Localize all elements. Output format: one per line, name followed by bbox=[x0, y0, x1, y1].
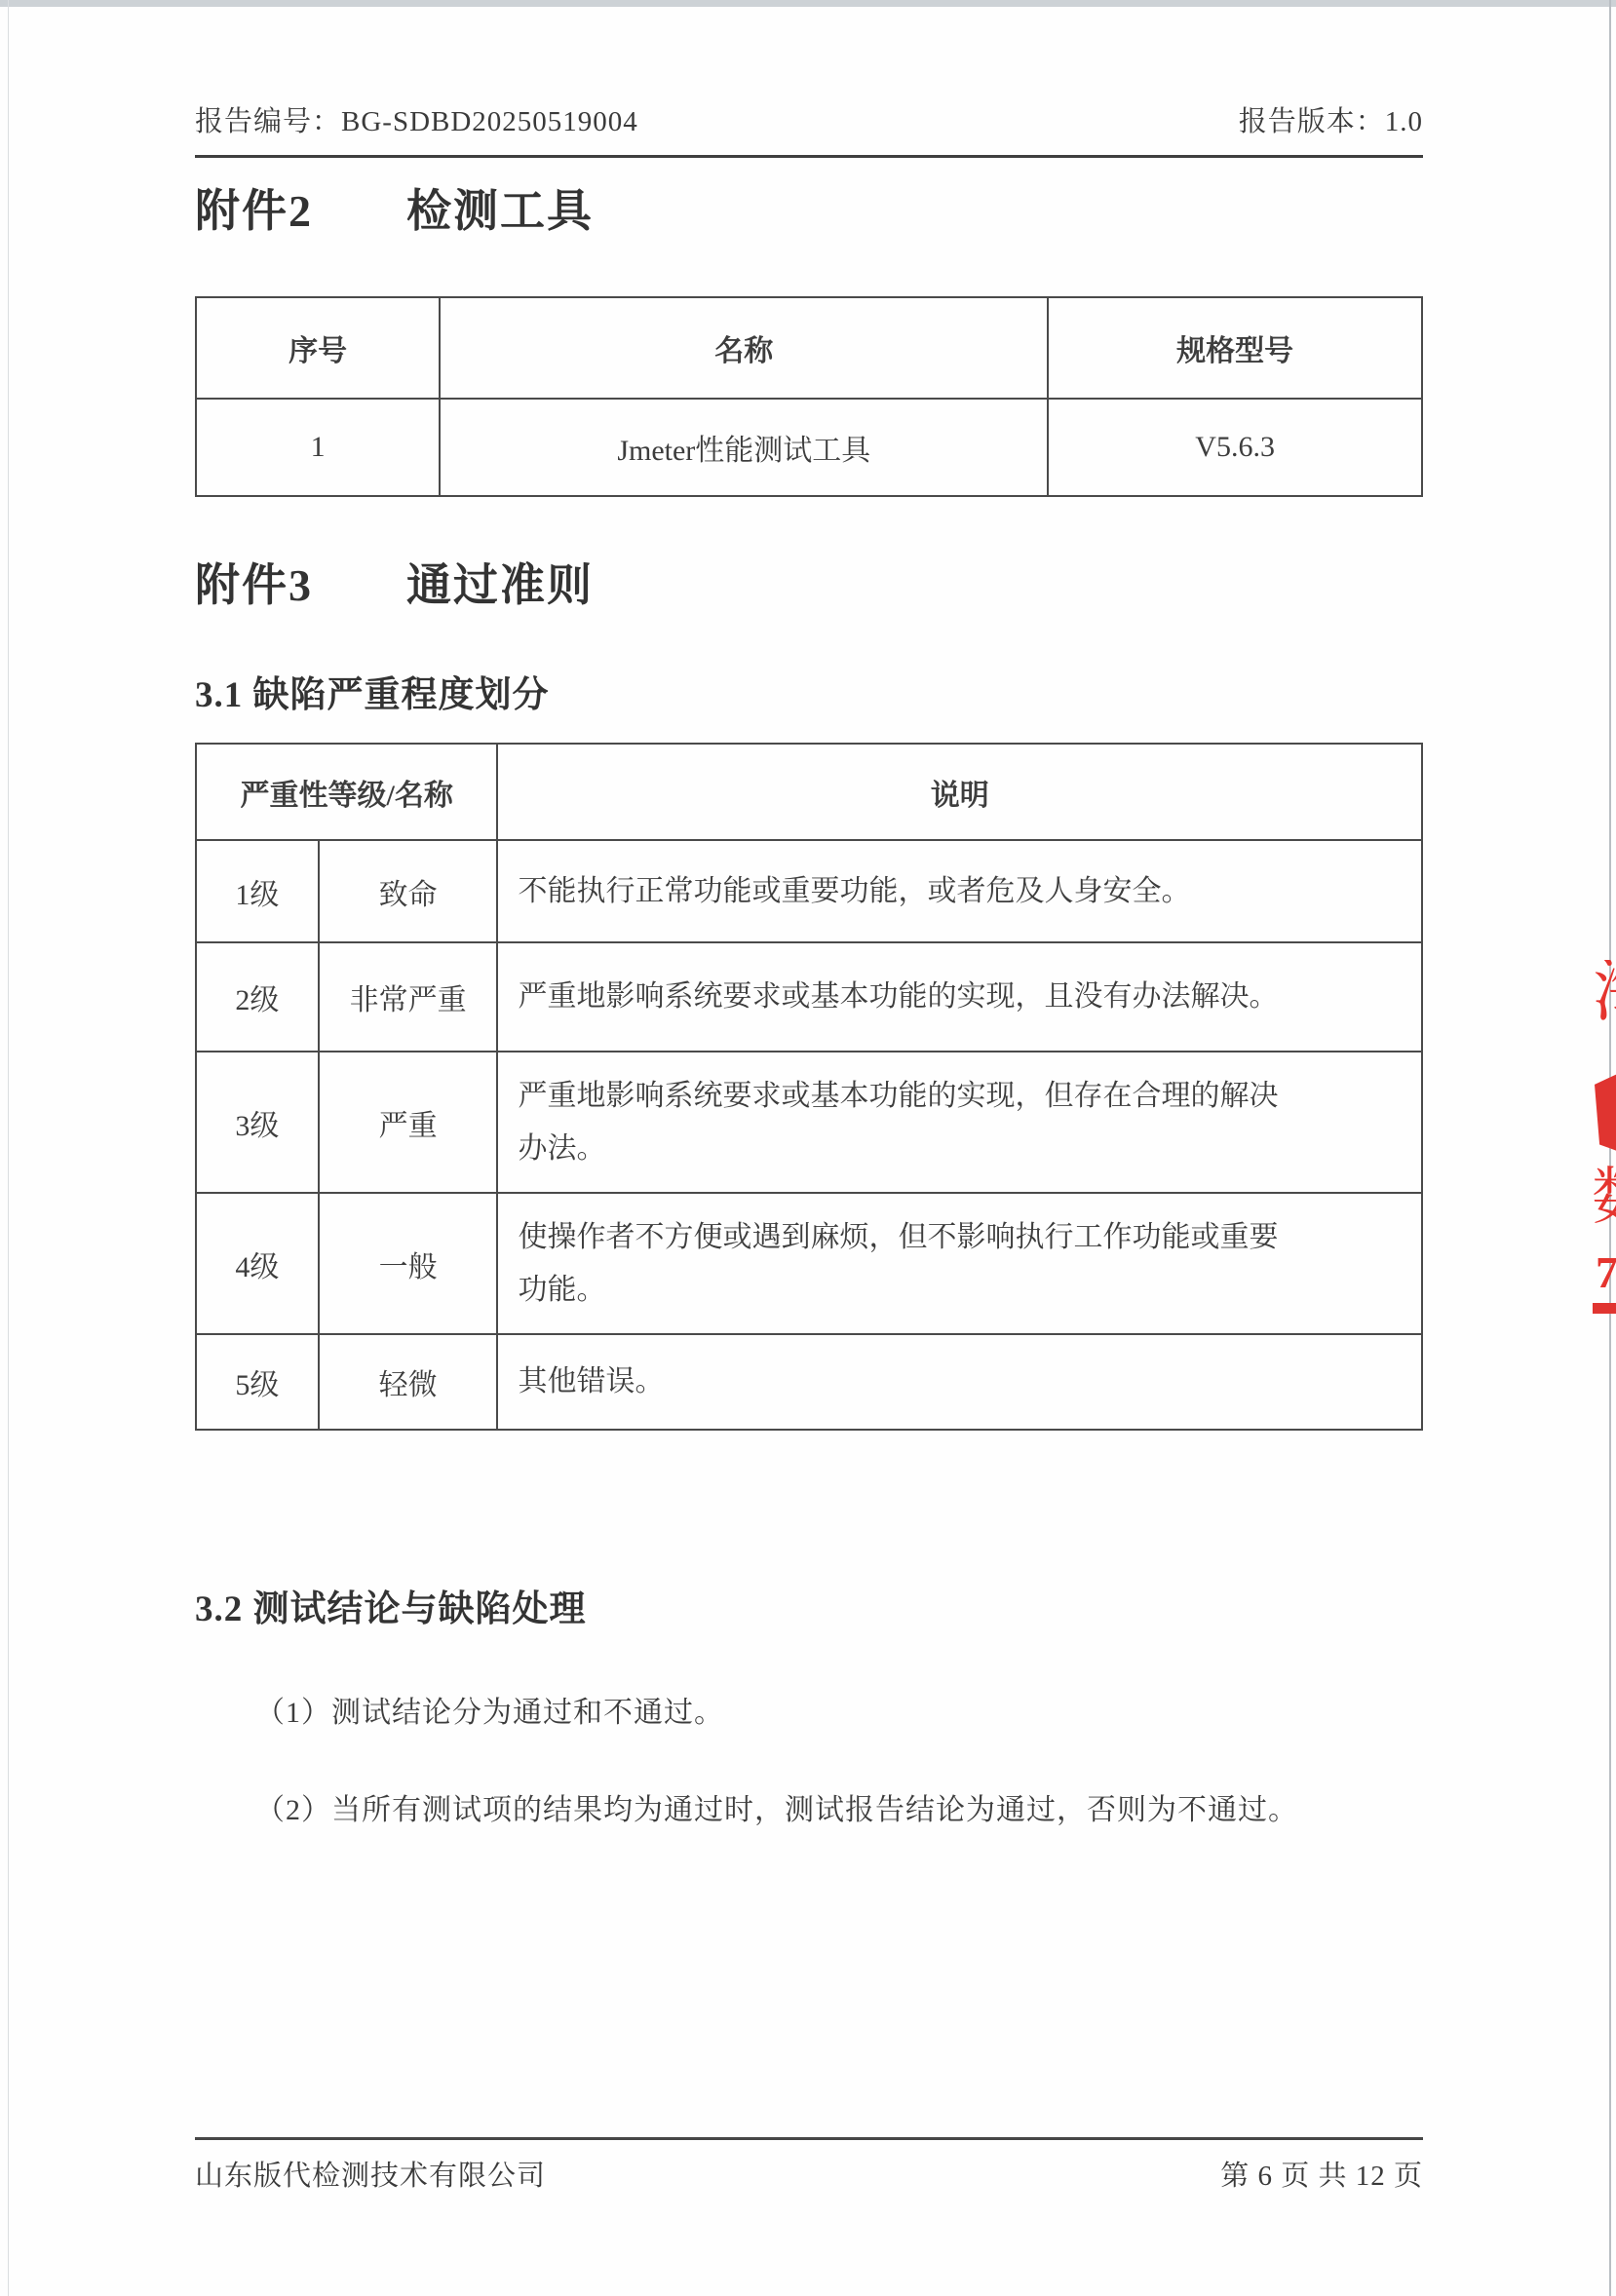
severity-desc: 其他错误。 bbox=[497, 1334, 1422, 1430]
document-header: 报告编号：BG-SDBD20250519004 报告版本：1.0 bbox=[195, 0, 1423, 158]
attachment3-title: 附件3 通过准则 bbox=[195, 550, 1423, 614]
document-footer: 山东版代检测技术有限公司 第 6 页 共 12 页 bbox=[195, 2137, 1423, 2194]
page-content: 报告编号：BG-SDBD20250519004 报告版本：1.0 附件2 检测工… bbox=[195, 0, 1423, 1828]
footer-company: 山东版代检测技术有限公司 bbox=[195, 2154, 546, 2194]
severity-level: 5级 bbox=[196, 1334, 319, 1430]
severity-header-row: 严重性等级/名称 说明 bbox=[196, 744, 1422, 840]
stamp-blob bbox=[1595, 1069, 1616, 1155]
severity-desc: 严重地影响系统要求或基本功能的实现，但存在合理的解决办法。 bbox=[497, 1052, 1422, 1193]
stamp-glyph: 7 bbox=[1596, 1250, 1616, 1295]
severity-name: 严重 bbox=[319, 1052, 498, 1193]
conclusion-item-1: （1）测试结论分为通过和不通过。 bbox=[255, 1688, 1423, 1731]
section-3-2-title: 3.2 测试结论与缺陷处理 bbox=[195, 1579, 1423, 1631]
severity-name: 致命 bbox=[319, 840, 498, 942]
attachment2-title: 附件2 检测工具 bbox=[195, 175, 1423, 240]
stamp-glyph: 海 bbox=[1593, 960, 1616, 1026]
stamp-glyph: 数 bbox=[1592, 1167, 1616, 1229]
conclusion-item-2: （2）当所有测试项的结果均为通过时，测试报告结论为通过，否则为不通过。 bbox=[255, 1785, 1423, 1828]
table-row: 1 Jmeter性能测试工具 V5.6.3 bbox=[196, 399, 1422, 496]
tools-col-no: 序号 bbox=[196, 297, 440, 399]
severity-col-desc: 说明 bbox=[497, 744, 1422, 840]
severity-level: 2级 bbox=[196, 942, 319, 1052]
severity-desc: 严重地影响系统要求或基本功能的实现，且没有办法解决。 bbox=[497, 942, 1422, 1052]
severity-level: 1级 bbox=[196, 840, 319, 942]
table-row: 2级 非常严重 严重地影响系统要求或基本功能的实现，且没有办法解决。 bbox=[196, 942, 1422, 1052]
severity-name: 一般 bbox=[319, 1193, 498, 1334]
severity-table: 严重性等级/名称 说明 1级 致命 不能执行正常功能或重要功能，或者危及人身安全… bbox=[195, 743, 1423, 1431]
table-row: 4级 一般 使操作者不方便或遇到麻烦，但不影响执行工作功能或重要功能。 bbox=[196, 1193, 1422, 1334]
footer-page-number: 第 6 页 共 12 页 bbox=[1220, 2154, 1423, 2194]
scan-edge-left bbox=[8, 0, 9, 2296]
tools-col-model: 规格型号 bbox=[1048, 297, 1422, 399]
report-version: 报告版本：1.0 bbox=[1239, 99, 1423, 139]
tool-no: 1 bbox=[196, 399, 440, 496]
table-row: 3级 严重 严重地影响系统要求或基本功能的实现，但存在合理的解决办法。 bbox=[196, 1052, 1422, 1193]
severity-desc: 使操作者不方便或遇到麻烦，但不影响执行工作功能或重要功能。 bbox=[497, 1193, 1422, 1334]
tool-model: V5.6.3 bbox=[1048, 399, 1422, 496]
scan-edge-top bbox=[0, 0, 1616, 7]
document-page: 报告编号：BG-SDBD20250519004 报告版本：1.0 附件2 检测工… bbox=[0, 0, 1616, 2296]
severity-desc: 不能执行正常功能或重要功能，或者危及人身安全。 bbox=[497, 840, 1422, 942]
stamp-bar bbox=[1593, 1303, 1616, 1314]
severity-col-level-name: 严重性等级/名称 bbox=[196, 744, 497, 840]
table-row: 1级 致命 不能执行正常功能或重要功能，或者危及人身安全。 bbox=[196, 840, 1422, 942]
tools-table: 序号 名称 规格型号 1 Jmeter性能测试工具 V5.6.3 bbox=[195, 296, 1423, 497]
tools-table-header-row: 序号 名称 规格型号 bbox=[196, 297, 1422, 399]
tools-col-name: 名称 bbox=[440, 297, 1048, 399]
severity-level: 3级 bbox=[196, 1052, 319, 1193]
severity-level: 4级 bbox=[196, 1193, 319, 1334]
section-3-1-title: 3.1 缺陷严重程度划分 bbox=[195, 665, 1423, 717]
report-number: 报告编号：BG-SDBD20250519004 bbox=[195, 99, 638, 139]
table-row: 5级 轻微 其他错误。 bbox=[196, 1334, 1422, 1430]
red-stamp-fragment: 海 数 7 bbox=[1591, 960, 1616, 1325]
severity-name: 轻微 bbox=[319, 1334, 498, 1430]
tool-name: Jmeter性能测试工具 bbox=[440, 399, 1048, 496]
severity-name: 非常严重 bbox=[319, 942, 498, 1052]
